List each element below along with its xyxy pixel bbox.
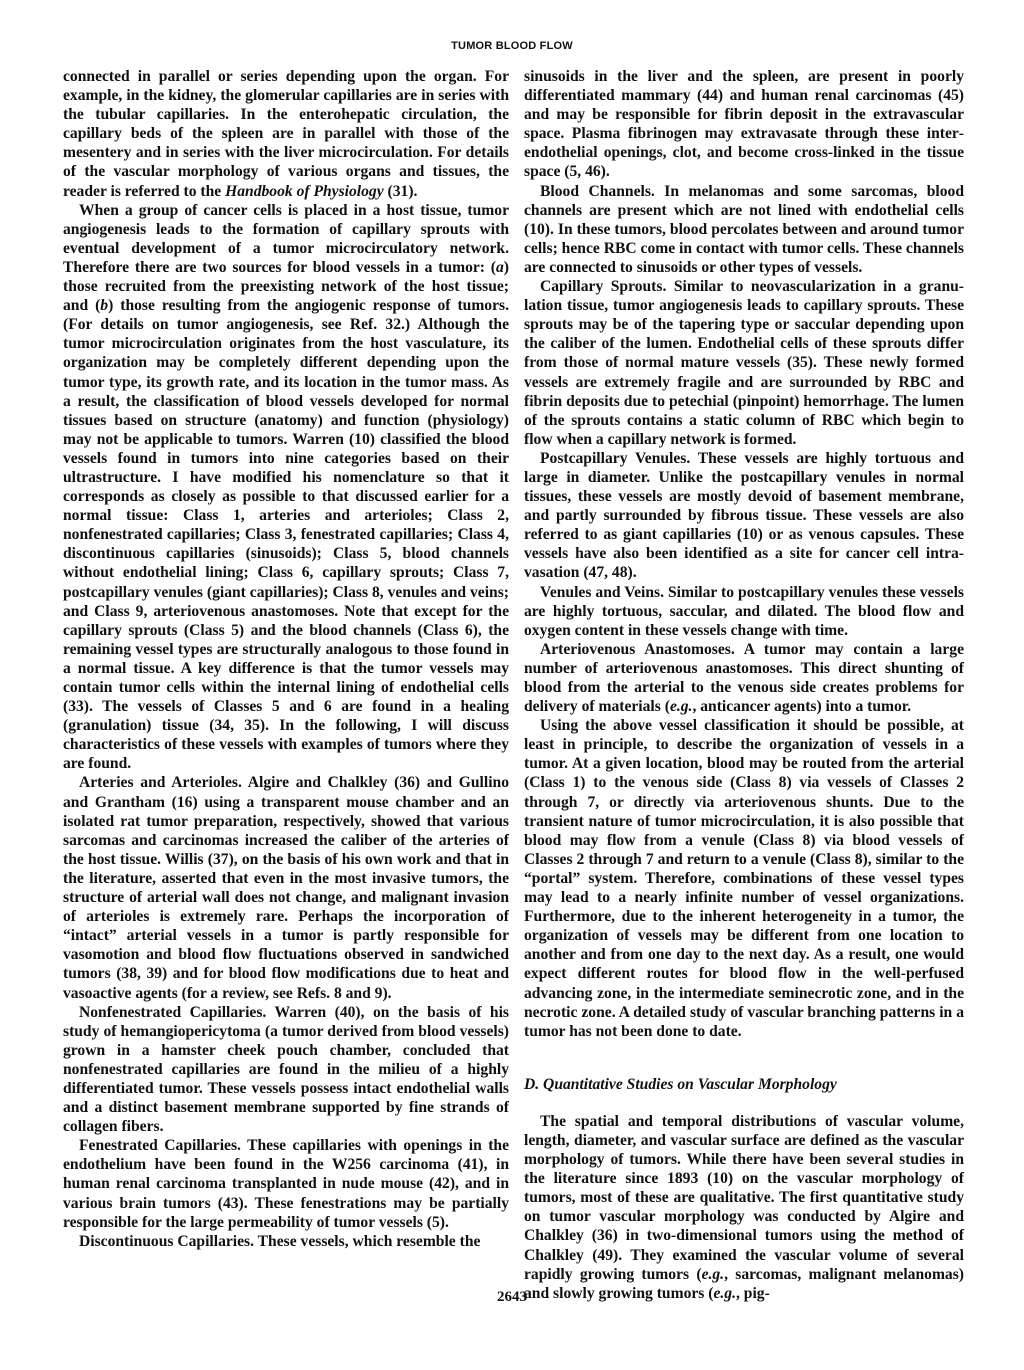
run-in-heading: Capillary Sprouts. bbox=[540, 278, 666, 295]
paragraph-text: , anticancer agents) into a tumor. bbox=[692, 698, 911, 715]
paragraph-discontinuous: Discontinuous Capillaries. These vessels… bbox=[63, 1232, 509, 1251]
run-in-heading: Blood Channels. bbox=[540, 183, 655, 200]
paragraph-av-anastomoses: Arteriovenous Anastomoses. A tumor may c… bbox=[524, 640, 964, 716]
enum-label: b bbox=[100, 297, 108, 314]
enum-label: a bbox=[496, 259, 504, 276]
run-in-heading: Discontinuous Capillaries. bbox=[79, 1233, 254, 1250]
paragraph-text: (31). bbox=[384, 183, 418, 200]
run-in-heading: Arteries and Arterioles. bbox=[79, 774, 242, 791]
paragraph-text: Similar to neovascularization in a granu… bbox=[524, 278, 964, 448]
section-heading: D. Quantitative Studies on Vascular Morp… bbox=[524, 1075, 964, 1094]
paragraph-blood-channels: Blood Channels. In melanomas and some sa… bbox=[524, 182, 964, 277]
paragraph: The spatial and temporal distributions o… bbox=[524, 1112, 964, 1303]
run-in-heading: Nonfenestrated Capillaries. bbox=[79, 1004, 266, 1021]
paragraph-arteries: Arteries and Arterioles. Algire and Chal… bbox=[63, 773, 509, 1002]
right-column: sinusoids in the liver and the spleen, a… bbox=[524, 67, 964, 1303]
paragraph-capillary-sprouts: Capillary Sprouts. Similar to neovascula… bbox=[524, 277, 964, 449]
paragraph-postcapillary: Postcapillary Venules. These vessels are… bbox=[524, 449, 964, 583]
paragraph-text: ) those resulting from the angiogenic re… bbox=[63, 297, 509, 772]
run-in-heading: Postcapillary Venules. bbox=[540, 450, 690, 467]
paragraph-text: Using the above vessel classification it… bbox=[524, 717, 964, 1040]
run-in-heading: Arteriovenous Anastomoses. bbox=[540, 641, 735, 658]
abbrev: e.g. bbox=[702, 1266, 725, 1283]
paragraph-text: sinusoids in the liver and the spleen, a… bbox=[524, 68, 964, 180]
page-number: 2643 bbox=[0, 1289, 1024, 1306]
paragraph-fenestrated: Fenestrated Capillaries. These capillari… bbox=[63, 1136, 509, 1231]
run-in-heading: Venules and Veins. bbox=[540, 584, 664, 601]
paragraph-nonfenestrated: Nonfenestrated Capillaries. Warren (40),… bbox=[63, 1003, 509, 1137]
paragraph: Using the above vessel classification it… bbox=[524, 716, 964, 1041]
paragraph-text: Warren (40), on the basis of his study o… bbox=[63, 1004, 509, 1136]
left-column: connected in parallel or series dependin… bbox=[63, 67, 509, 1251]
run-in-heading: Fenestrated Capillaries. bbox=[79, 1137, 241, 1154]
paragraph-text: The spatial and temporal distributions o… bbox=[524, 1113, 964, 1283]
paragraph: sinusoids in the liver and the spleen, a… bbox=[524, 67, 964, 182]
paragraph-venules: Venules and Veins. Similar to postcapill… bbox=[524, 583, 964, 640]
paragraph-text: Algire and Chalkley (36) and Gullino and… bbox=[63, 774, 509, 1001]
abbrev: e.g. bbox=[670, 698, 693, 715]
paragraph-text: connected in parallel or series dependin… bbox=[63, 68, 509, 200]
book-title: Handbook of Physiology bbox=[225, 183, 384, 200]
paragraph-text: These vessels, which resemble the bbox=[254, 1233, 480, 1250]
paragraph: connected in parallel or series dependin… bbox=[63, 67, 509, 201]
paragraph-text: When a group of cancer cells is placed i… bbox=[63, 202, 509, 276]
running-head: TUMOR BLOOD FLOW bbox=[0, 40, 1024, 52]
paragraph: When a group of cancer cells is placed i… bbox=[63, 201, 509, 774]
paragraph-text: These vessels are highly tortuous and la… bbox=[524, 450, 964, 582]
